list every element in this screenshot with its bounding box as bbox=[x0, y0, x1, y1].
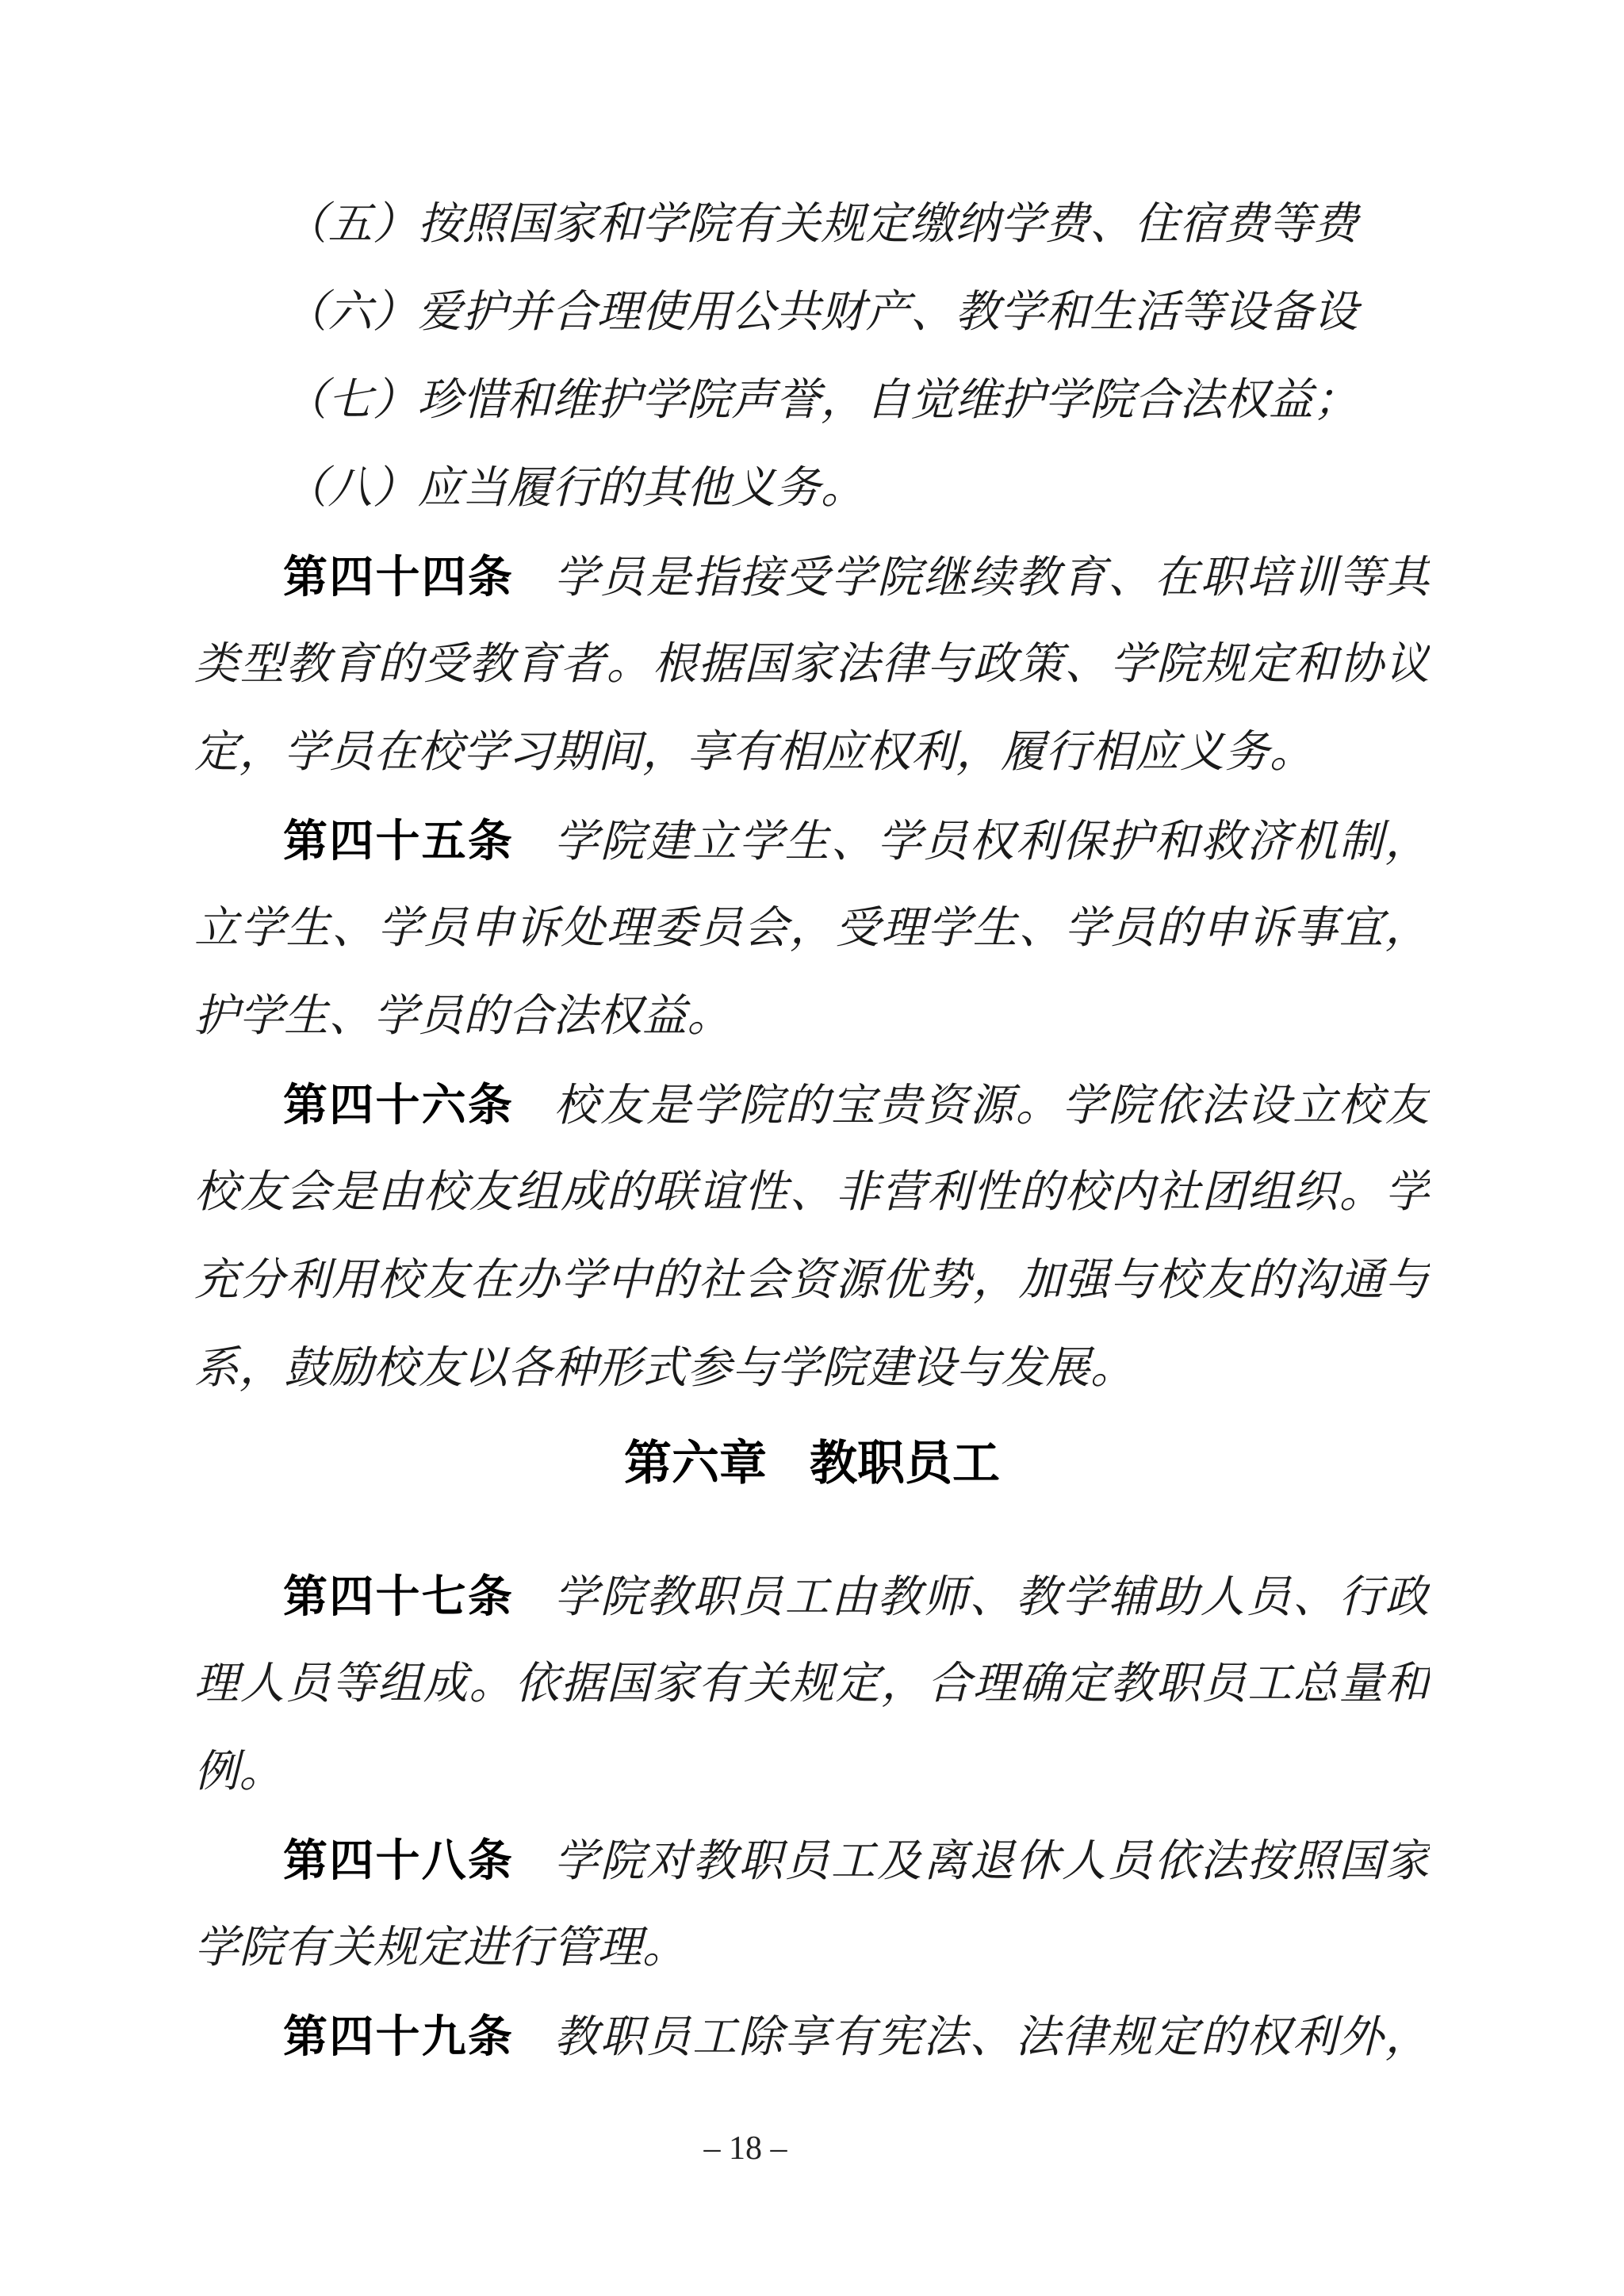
article-46-line-1: 第四十六条校友是学院的宝贵资源。学院依法设立校友会， bbox=[194, 1061, 1430, 1149]
article-number-label: 第四十八条 bbox=[283, 1835, 514, 1885]
chapter-heading: 第六章教职员工 bbox=[194, 1427, 1430, 1500]
article-44-line-2: 类型教育的受教育者。根据国家法律与政策、学院规定和协议约 bbox=[194, 621, 1430, 709]
article-46-line-2: 校友会是由校友组成的联谊性、非营利性的校内社团组织。学院 bbox=[194, 1149, 1430, 1237]
list-item-text: （五）按照国家和学院有关规定缴纳学费、住宿费等费用； bbox=[194, 200, 1358, 269]
article-text: 护学生、学员的合法权益。 bbox=[194, 992, 732, 1041]
list-item-5: （五）按照国家和学院有关规定缴纳学费、住宿费等费用； bbox=[194, 181, 1430, 269]
article-48-line-2: 学院有关规定进行管理。 bbox=[194, 1904, 1430, 1992]
article-46-line-3: 充分利用校友在办学中的社会资源优势，加强与校友的沟通与联 bbox=[194, 1237, 1430, 1325]
article-44-line-1: 第四十四条学员是指接受学院继续教育、在职培训等其他 bbox=[194, 533, 1430, 621]
article-49-line-1: 第四十九条教职员工除享有宪法、法律规定的权利外，还 bbox=[194, 1992, 1430, 2080]
article-text: 类型教育的受教育者。根据国家法律与政策、学院规定和协议约 bbox=[194, 640, 1430, 709]
list-item-text: （七）珍惜和维护学院声誉，自觉维护学院合法权益； bbox=[283, 376, 1358, 425]
article-47-line-2: 理人员等组成。依据国家有关规定，合理确定教职员工总量和比 bbox=[194, 1640, 1430, 1728]
article-45-line-2: 立学生、学员申诉处理委员会，受理学生、学员的申诉事宜，维 bbox=[194, 885, 1430, 973]
list-item-6: （六）爱护并合理使用公共财产、教学和生活等设备设施； bbox=[194, 269, 1430, 357]
article-46-line-4: 系，鼓励校友以各种形式参与学院建设与发展。 bbox=[194, 1325, 1430, 1413]
article-text: 例。 bbox=[194, 1747, 284, 1797]
article-text: 充分利用校友在办学中的社会资源优势，加强与校友的沟通与联 bbox=[194, 1256, 1430, 1325]
chapter-number: 第六章 bbox=[624, 1437, 767, 1490]
article-44-line-3: 定，学员在校学习期间，享有相应权利，履行相应义务。 bbox=[194, 709, 1430, 797]
article-48-line-1: 第四十八条学院对教职员工及离退休人员依法按照国家和 bbox=[194, 1816, 1430, 1904]
page-content: （五）按照国家和学院有关规定缴纳学费、住宿费等费用； （六）爱护并合理使用公共财… bbox=[194, 181, 1430, 2080]
article-number-label: 第四十六条 bbox=[283, 1080, 514, 1130]
article-text: 理人员等组成。依据国家有关规定，合理确定教职员工总量和比 bbox=[194, 1659, 1430, 1728]
article-47-line-3: 例。 bbox=[194, 1728, 1430, 1816]
article-number-label: 第四十七条 bbox=[283, 1571, 514, 1621]
article-47-line-1: 第四十七条学院教职员工由教师、教学辅助人员、行政管 bbox=[194, 1552, 1430, 1640]
chapter-title: 教职员工 bbox=[810, 1437, 1000, 1490]
article-text: 系，鼓励校友以各种形式参与学院建设与发展。 bbox=[194, 1344, 1136, 1393]
list-item-8: （八）应当履行的其他义务。 bbox=[194, 445, 1430, 533]
article-text: 定，学员在校学习期间，享有相应权利，履行相应义务。 bbox=[194, 728, 1315, 777]
article-text: 学院有关规定进行管理。 bbox=[194, 1923, 688, 1973]
article-text: 校友会是由校友组成的联谊性、非营利性的校内社团组织。学院 bbox=[194, 1168, 1430, 1237]
article-45-line-3: 护学生、学员的合法权益。 bbox=[194, 973, 1430, 1061]
list-item-7: （七）珍惜和维护学院声誉，自觉维护学院合法权益； bbox=[194, 357, 1430, 445]
article-number-label: 第四十四条 bbox=[283, 552, 514, 602]
document-page: （五）按照国家和学院有关规定缴纳学费、住宿费等费用； （六）爱护并合理使用公共财… bbox=[0, 0, 1624, 2296]
page-number: – 18 – bbox=[0, 2130, 1491, 2168]
article-text: 立学生、学员申诉处理委员会，受理学生、学员的申诉事宜，维 bbox=[194, 904, 1430, 973]
article-number-label: 第四十五条 bbox=[283, 816, 514, 866]
article-number-label: 第四十九条 bbox=[283, 2011, 514, 2061]
article-45-line-1: 第四十五条学院建立学生、学员权利保护和救济机制，成 bbox=[194, 797, 1430, 885]
list-item-text: （六）爱护并合理使用公共财产、教学和生活等设备设施； bbox=[194, 288, 1358, 357]
list-item-text: （八）应当履行的其他义务。 bbox=[283, 464, 866, 513]
